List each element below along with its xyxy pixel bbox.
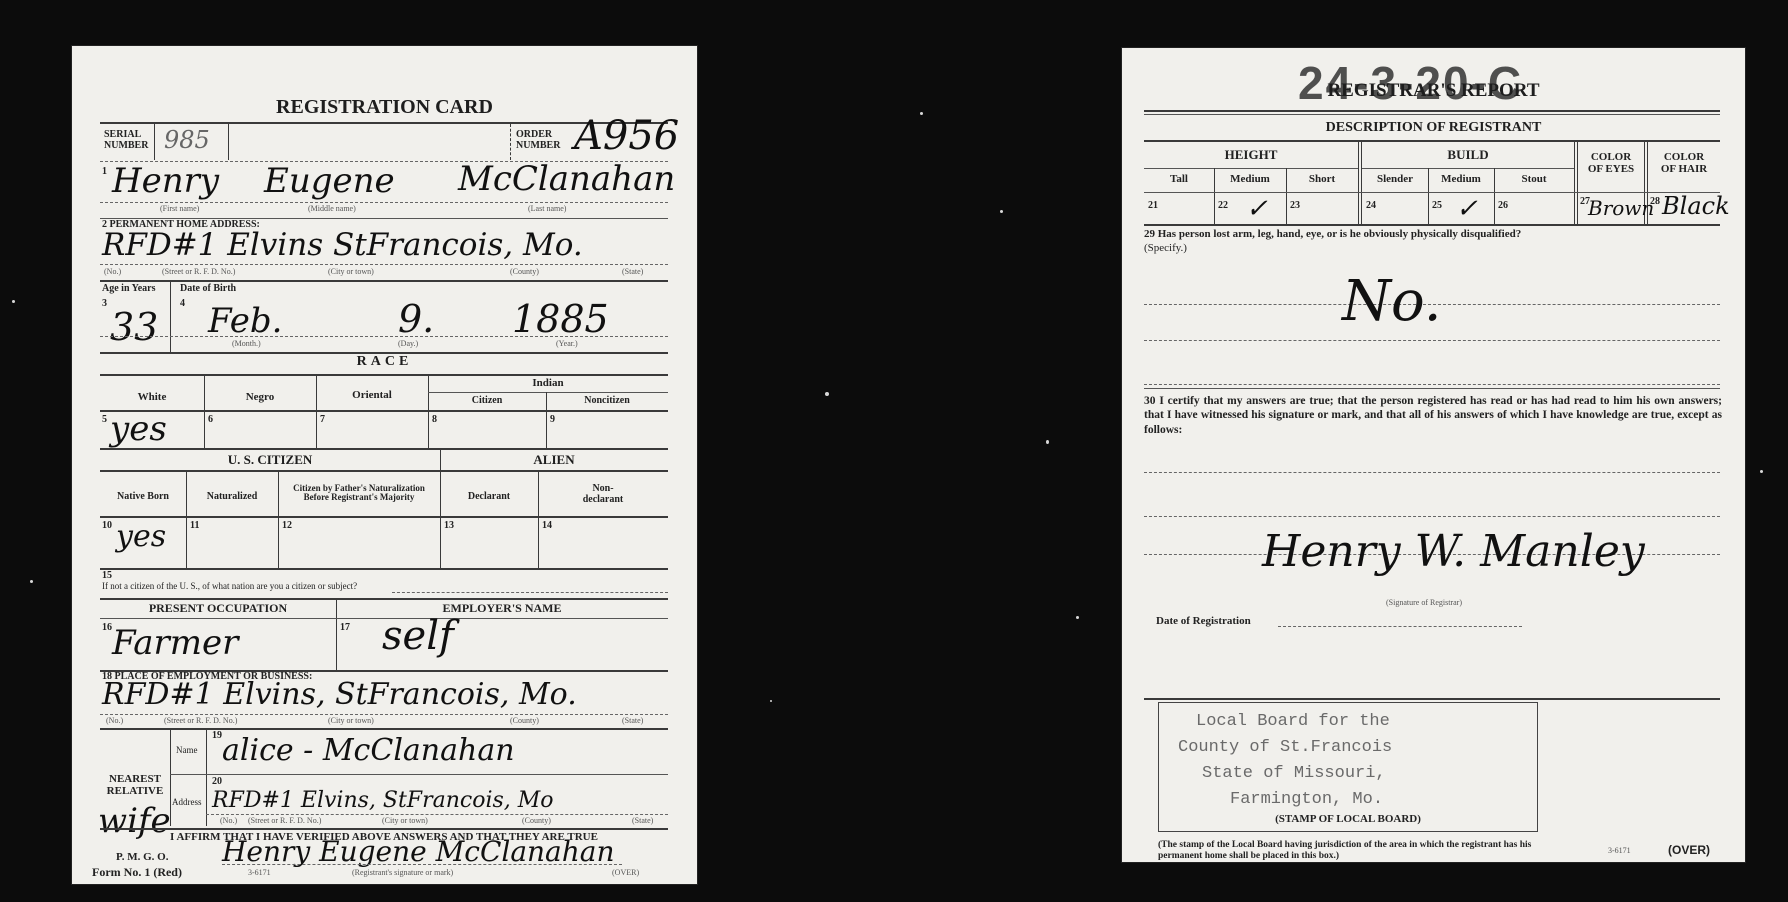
film-speck: [12, 300, 15, 303]
film-speck: [1046, 440, 1049, 444]
serial-label: SERIAL NUMBER: [104, 130, 148, 151]
order-label: ORDER NUMBER: [516, 130, 560, 151]
build-medium-check: ✓: [1456, 196, 1478, 222]
hair-color-value: Black: [1662, 194, 1730, 218]
last-name: McClanahan: [458, 162, 675, 196]
first-name: Henry: [112, 164, 219, 198]
middle-name: Eugene: [264, 164, 395, 198]
film-speck: [1076, 616, 1079, 619]
registrars-report-back: 24-3-20-C REGISTRAR'S REPORT DESCRIPTION…: [1122, 48, 1745, 862]
film-speck: [1760, 470, 1763, 473]
film-speck: [1000, 210, 1003, 213]
relative-address-value: RFD#1 Elvins, StFrancois, Mo: [212, 790, 554, 812]
birth-month: Feb.: [208, 304, 282, 338]
film-speck: [30, 580, 33, 583]
order-value: A956: [574, 116, 679, 156]
registration-card-front: REGISTRATION CARD SERIAL NUMBER 985 ORDE…: [72, 46, 697, 884]
registrar-signature: Henry W. Manley: [1262, 530, 1645, 574]
occupation-value: Farmer: [112, 626, 238, 660]
employment-place-value: RFD#1 Elvins, StFrancois, Mo.: [102, 680, 577, 710]
film-speck: [825, 392, 829, 396]
height-medium-check: ✓: [1246, 196, 1268, 222]
birth-day: 9.: [398, 300, 434, 338]
film-speck: [920, 112, 923, 115]
race-white-value: yes: [110, 412, 167, 446]
age-value: 33: [110, 308, 158, 346]
disqualification-answer: No.: [1342, 274, 1442, 330]
serial-value: 985: [164, 128, 210, 152]
employer-value: self: [382, 616, 454, 656]
registrant-signature: Henry Eugene McClanahan: [222, 838, 615, 866]
home-address-value: RFD#1 Elvins StFrancois, Mo.: [102, 230, 583, 261]
relative-name-value: alice - McClanahan: [222, 736, 515, 766]
native-born-value: yes: [116, 522, 166, 552]
eye-color-value: Brown: [1588, 198, 1654, 218]
film-speck: [770, 700, 772, 702]
birth-year: 1885: [512, 300, 609, 338]
report-title: REGISTRAR'S REPORT: [1122, 80, 1745, 102]
